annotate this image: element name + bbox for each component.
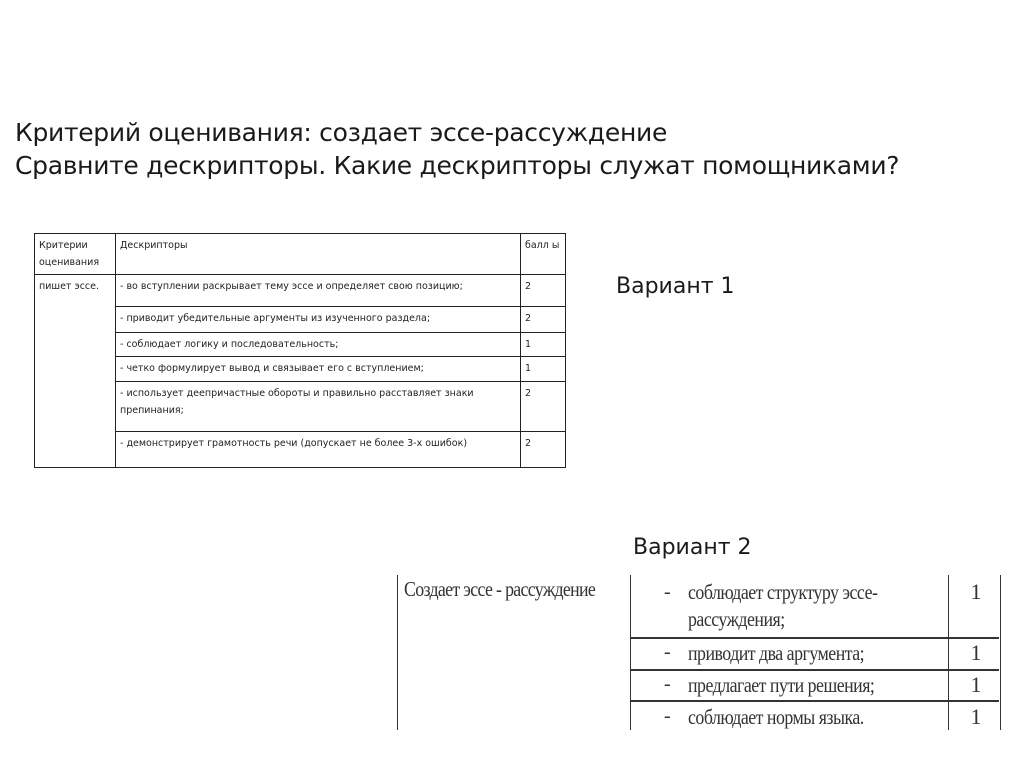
descriptor-line: рассуждения; <box>688 606 785 633</box>
variant1-label: Вариант 1 <box>616 274 735 299</box>
descriptor-cell: - приводит убедительные аргументы из изу… <box>116 307 521 333</box>
table-row: пишет эссе. - во вступлении раскрывает т… <box>35 275 566 307</box>
descriptor-cell: - демонстрирует грамотность речи (допуск… <box>116 432 521 468</box>
title-line-1: Критерий оценивания: создает эссе-рассуж… <box>15 116 899 149</box>
score-cell: 1 <box>949 579 1001 605</box>
score-column-divider <box>948 575 949 730</box>
bullet-dash: - <box>664 673 671 696</box>
header-points: балл ы <box>521 234 566 275</box>
score-cell: 2 <box>521 382 566 432</box>
descriptor-cell: - четко формулирует вывод и связывает ег… <box>116 357 521 382</box>
variant2-rubric-table: Создает эссе - рассуждение - соблюдает с… <box>397 575 1001 730</box>
bullet-dash: - <box>664 641 671 664</box>
descriptor-line: приводит два аргумента; <box>688 640 864 667</box>
bullet-dash: - <box>664 581 671 604</box>
variant2-label: Вариант 2 <box>633 535 752 560</box>
descriptor-column: - соблюдает структуру эссе- рассуждения;… <box>630 575 1001 730</box>
descriptor-cell: - использует деепричастные обороты и пра… <box>116 382 521 432</box>
score-cell: 2 <box>521 307 566 333</box>
table-row: - соблюдает нормы языка. 1 <box>631 702 999 730</box>
score-cell: 1 <box>521 357 566 382</box>
score-cell: 1 <box>521 333 566 357</box>
table-row: - приводит два аргумента; 1 <box>631 639 999 671</box>
table-header-row: Критерии оценивания Дескрипторы балл ы <box>35 234 566 275</box>
score-cell: 1 <box>949 640 1001 666</box>
descriptor-cell: - во вступлении раскрывает тему эссе и о… <box>116 275 521 307</box>
score-cell: 2 <box>521 275 566 307</box>
score-cell: 1 <box>949 672 1001 698</box>
criterion-text: Создает эссе - рассуждение <box>404 577 595 602</box>
score-cell: 1 <box>949 704 1001 730</box>
variant1-rubric-table: Критерии оценивания Дескрипторы балл ы п… <box>34 233 566 468</box>
header-criteria: Критерии оценивания <box>35 234 116 275</box>
criterion-cell: Создает эссе - рассуждение <box>397 575 630 730</box>
table-row: - соблюдает структуру эссе- рассуждения;… <box>631 575 999 639</box>
criterion-cell: пишет эссе. <box>35 275 116 468</box>
slide-title: Критерий оценивания: создает эссе-рассуж… <box>15 116 899 182</box>
header-descriptors: Дескрипторы <box>116 234 521 275</box>
bullet-dash: - <box>664 705 671 728</box>
descriptor-line: соблюдает нормы языка. <box>688 704 864 730</box>
title-line-2: Сравните дескрипторы. Какие дескрипторы … <box>15 149 899 182</box>
score-cell: 2 <box>521 432 566 468</box>
descriptor-line: соблюдает структуру эссе- <box>688 579 877 606</box>
table-right-border <box>1000 575 1001 730</box>
table-row: - предлагает пути решения; 1 <box>631 671 999 702</box>
descriptor-line: предлагает пути решения; <box>688 672 874 699</box>
descriptor-cell: - соблюдает логику и последовательность; <box>116 333 521 357</box>
